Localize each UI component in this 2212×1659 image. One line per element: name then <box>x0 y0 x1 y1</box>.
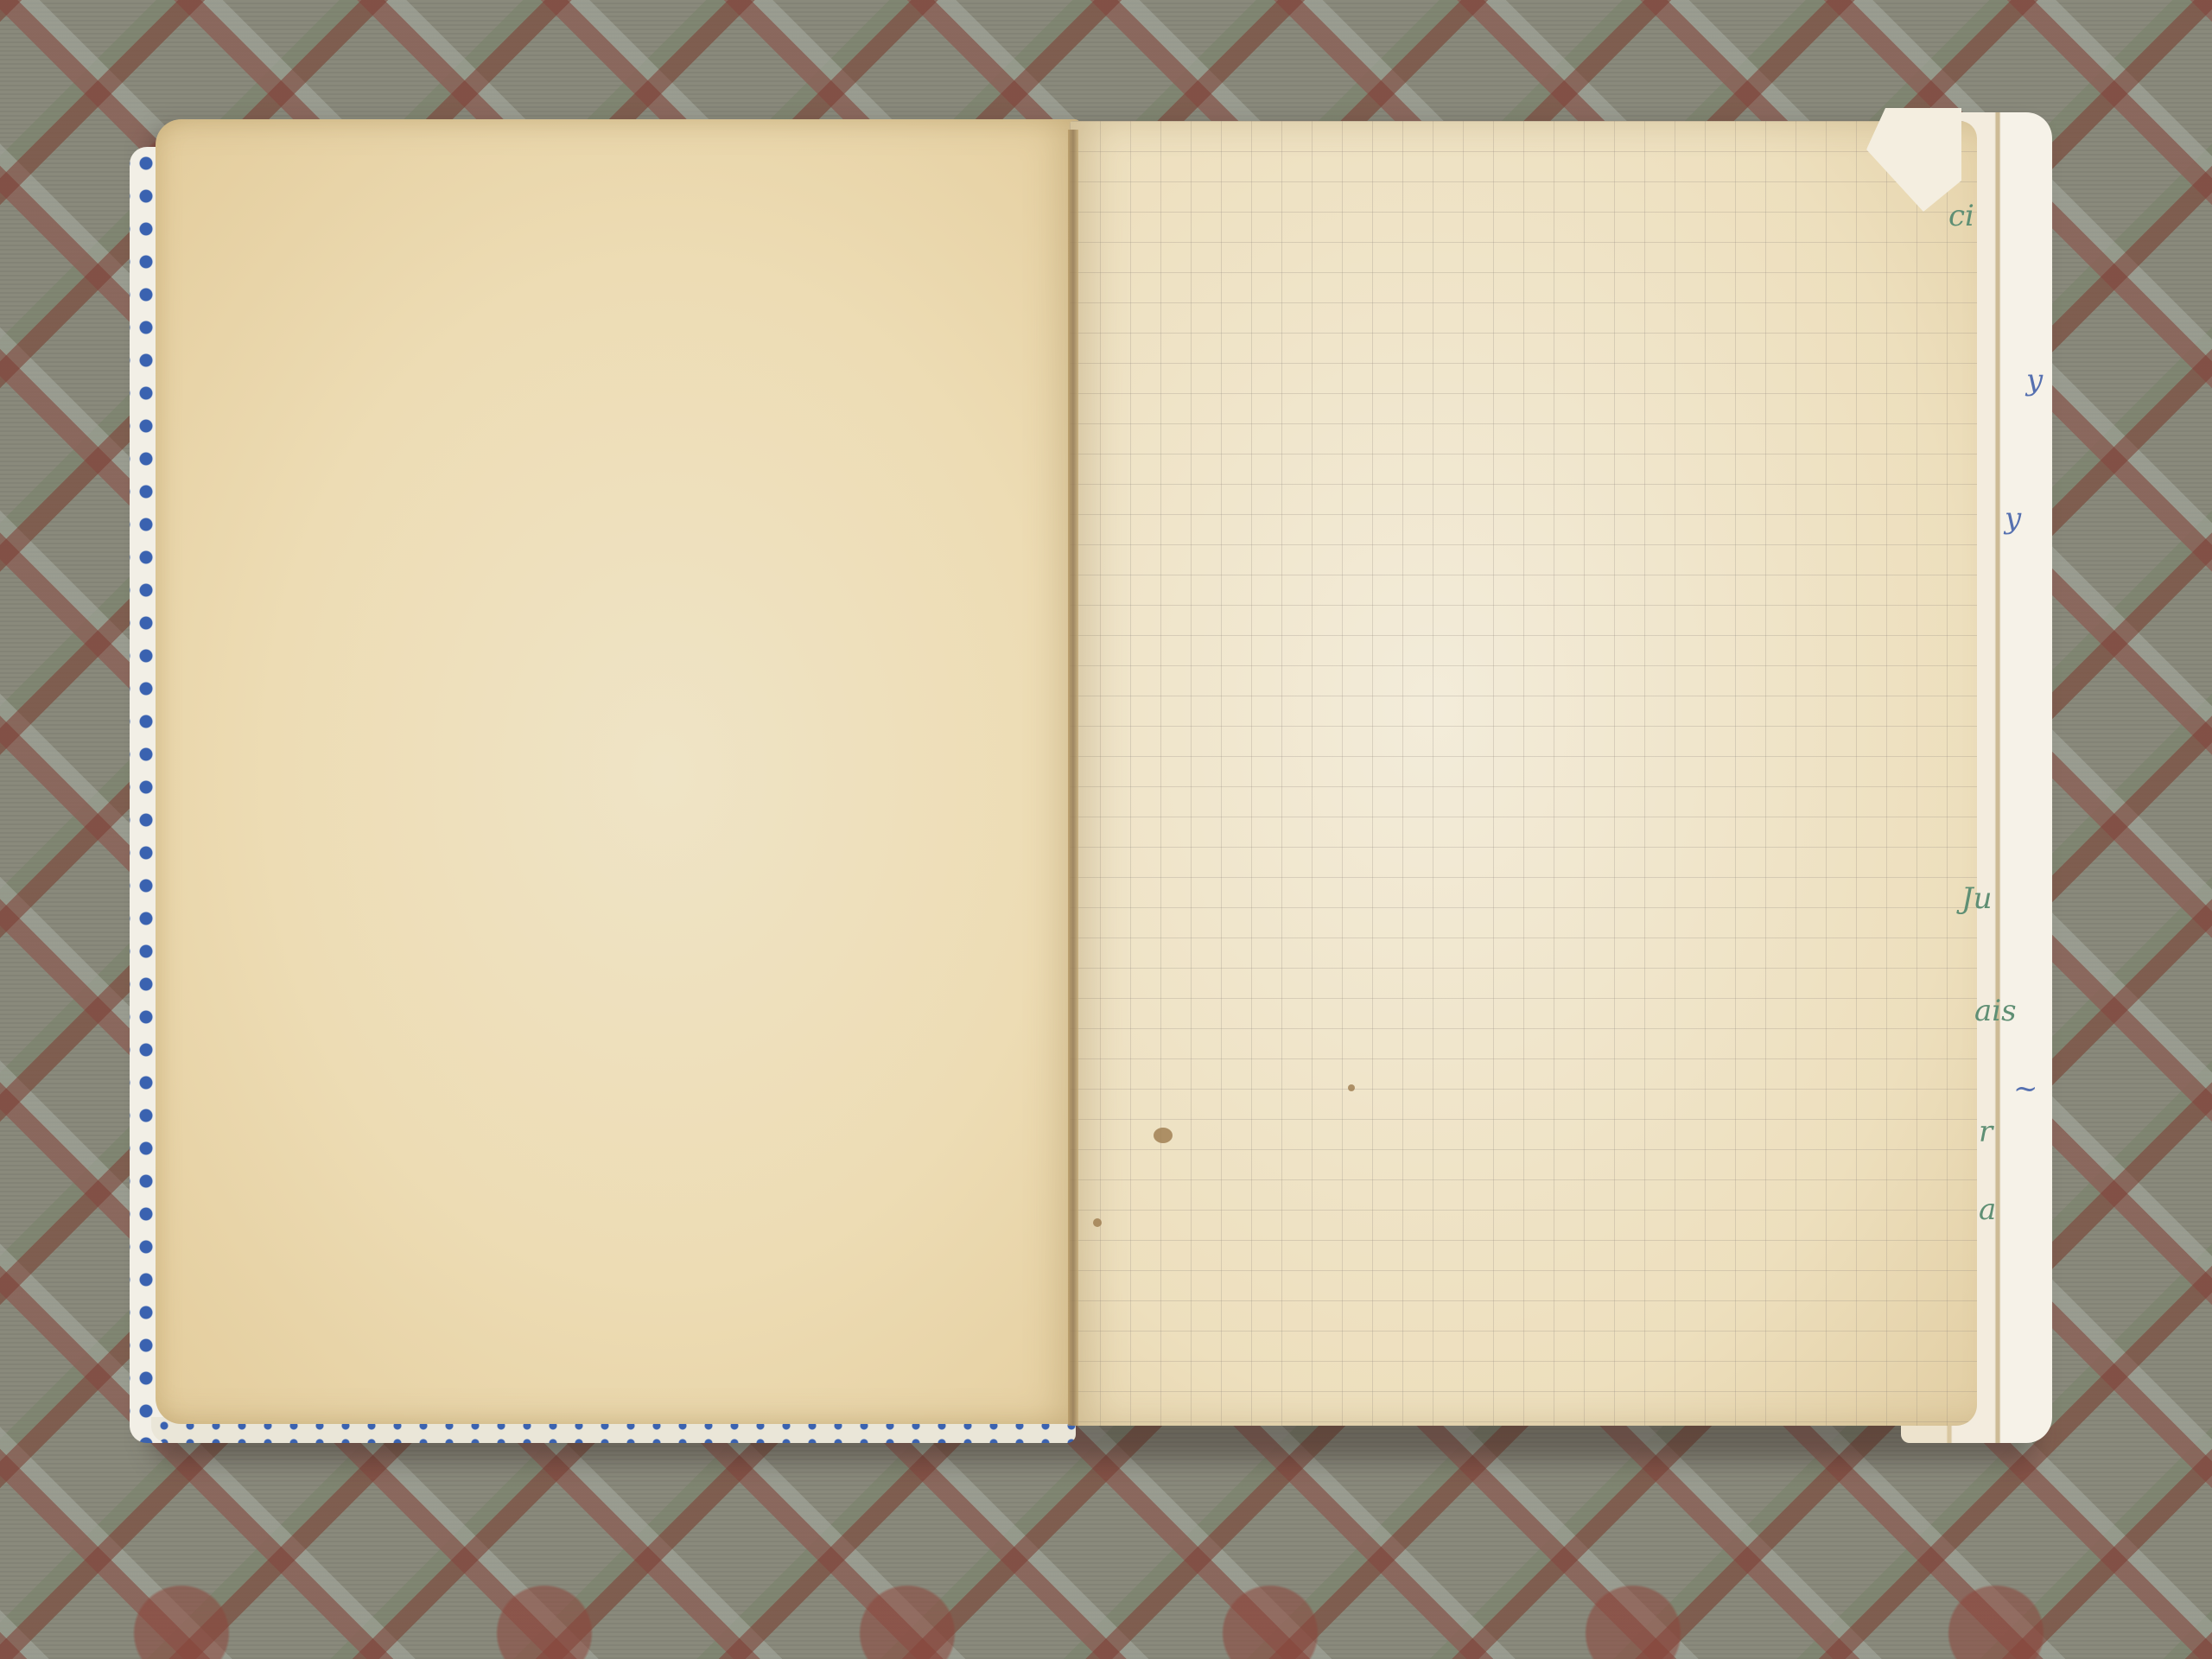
left-page-blank <box>156 119 1080 1424</box>
handwriting-fragment: y <box>2026 363 2043 397</box>
book-gutter <box>1068 130 1078 1426</box>
right-page-grid <box>1070 121 1977 1426</box>
handwriting-fragment: r <box>1979 1115 1993 1149</box>
handwriting-fragment: ci <box>1948 199 1974 233</box>
handwriting-fragment: y <box>2005 501 2021 536</box>
stain <box>1093 1218 1102 1227</box>
stain <box>1348 1084 1355 1091</box>
stain <box>1154 1128 1173 1143</box>
handwriting-fragment: ~ <box>2013 1071 2038 1106</box>
handwriting-fragment: Ju <box>1961 881 1993 916</box>
handwriting-fragment: ais <box>1974 994 2017 1028</box>
handwriting-fragment: a <box>1979 1192 1996 1227</box>
